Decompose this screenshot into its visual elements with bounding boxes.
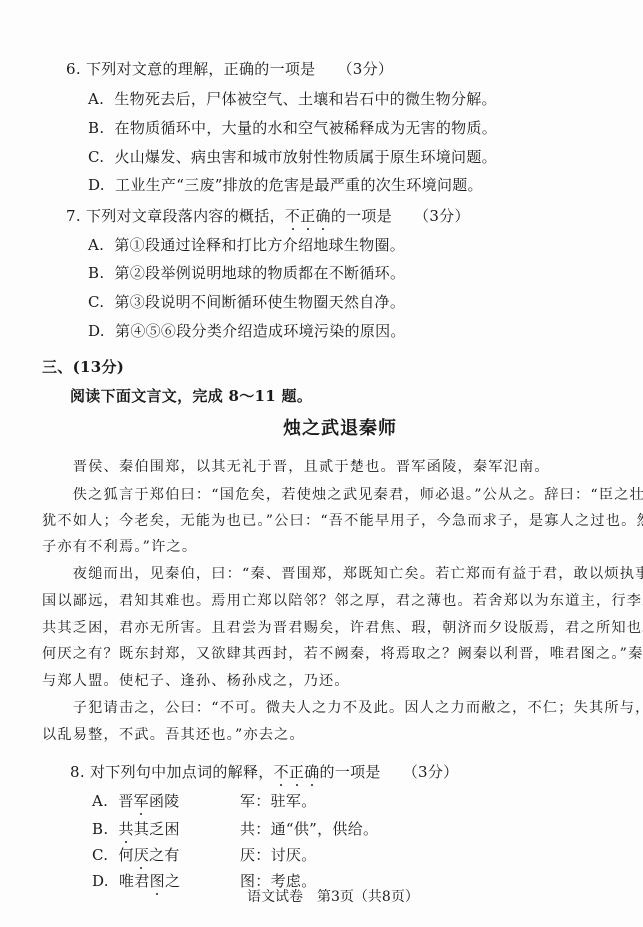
option-label: D. [92,872,109,890]
option-label: C. [92,846,108,864]
question-6-score: （3分） [337,60,393,78]
question-8-option-b: B. 共其乏困 [92,818,180,839]
emphasis-dot-char: 军 [134,790,149,811]
passage-line: 子亦有不利焉。”许之。 [42,536,197,556]
passage-line: 共其乏困，君亦无所害。且君尝为晋君赐矣，许君焦、瑕，朝济而夕设版焉，君之所知也。… [42,617,643,637]
passage-line: 晋侯、秦伯围郑，以其无礼于晋，且贰于楚也。晋军函陵，秦军氾南。 [42,456,550,476]
option-label: D. [88,322,105,340]
question-8-text: 8. 对下列句中加点词的解释， [70,763,274,781]
option-text: 第①段通过诠释和打比方介绍地球生物圈。 [114,236,405,254]
question-7-option-a: A. 第①段通过诠释和打比方介绍地球生物圈。 [88,234,405,255]
question-8-stem: 8. 对下列句中加点词的解释，不正确的一项是（3分） [70,761,458,782]
option-text: 生物死去后，尸体被空气、土壤和岩石中的微生物分解。 [114,90,497,108]
option-text: 第③段说明不间断循环使生物圈天然自净。 [114,293,405,311]
question-8-explain-b: 共：通“供”，供给。 [240,818,378,839]
option-text: 火山爆发、病虫害和城市放射性物质属于原生环境问题。 [114,148,497,166]
question-7-option-d: D. 第④⑤⑥段分类介绍造成环境污染的原因。 [88,320,406,341]
emphasis-dot-char: 图 [150,870,165,891]
option-label: B. [88,264,104,282]
emphasis-dot-char: 确 [316,205,331,226]
passage-line: 以乱易整，不武。吾其还也。”亦去之。 [42,724,305,744]
option-label: A. [88,236,104,254]
emphasis-dot-char: 正 [289,761,304,782]
section-heading: 三、(13分) [42,356,124,377]
question-7-score: （3分） [414,207,470,225]
question-8-explain-c: 厌：讨厌。 [240,844,317,865]
question-6-option-b: B. 在物质循环中，大量的水和空气被稀释成为无害的物质。 [88,117,497,138]
passage-line: 犹不如人；今老矣，无能为也已。”公曰：“吾不能早用子，今急而求子，是寡人之过也。… [42,510,643,530]
passage-line: 国以鄙远，君知其难也。焉用亡郑以陪邻？邻之厚，君之薄也。若舍郑以为东道主，行李之… [42,590,643,610]
question-8-text-end: 的一项是 [320,763,381,781]
question-8-explain-a: 军：驻军。 [240,790,317,811]
option-label: A. [88,90,104,108]
option-label: C. [88,148,104,166]
passage-line: 子犯请击之，公曰：“不可。微夫人之力不及此。因人之力而敝之，不仁；失其所与，不知… [42,697,643,717]
question-6-stem: 6. 下列对文意的理解，正确的一项是（3分） [66,58,393,79]
question-7-text: 7. 下列对文章段落内容的概括， [66,207,285,225]
question-8-option-c: C. 何厌之有 [92,844,180,865]
option-phrase: 函陵 [149,792,180,810]
question-8-option-a: A. 晋军函陵 [92,790,180,811]
question-6-option-d: D. 工业生产“三废”排放的危害是最严重的次生环境问题。 [88,174,483,195]
question-7-option-c: C. 第③段说明不间断循环使生物圈天然自净。 [88,291,405,312]
question-8-option-d: D. 唯君图之 [92,870,180,891]
emphasis-dot-char: 确 [304,761,319,782]
passage-line: 夜缒而出，见秦伯，曰：“秦、晋围郑，郑既知亡矣。若亡郑而有益于君，敢以烦执事。越 [42,563,643,583]
emphasis-dot-char: 厌 [134,844,149,865]
option-text: 第④⑤⑥段分类介绍造成环境污染的原因。 [115,322,406,340]
option-phrase: 之 [165,872,180,890]
option-label: B. [92,820,108,838]
option-phrase: 何 [118,846,133,864]
option-label: D. [88,176,105,194]
emphasis-dot-char: 不 [274,761,289,782]
option-text: 在物质循环中，大量的水和空气被稀释成为无害的物质。 [115,119,498,137]
option-label: B. [88,119,104,137]
emphasis-dot-char: 不 [285,205,300,226]
question-8-score: （3分） [403,763,459,781]
passage-line: 何厌之有？既东封郑，又欲肆其西封，若不阙秦，将焉取之？阙秦以利晋，唯君图之。”秦… [42,643,643,663]
option-phrase: 唯君 [119,872,150,890]
emphasis-dot-char: 正 [300,205,315,226]
question-7-option-b: B. 第②段举例说明地球的物质都在不断循环。 [88,262,405,283]
option-text: 第②段举例说明地球的物质都在不断循环。 [115,264,406,282]
passage-line: 佚之狐言于郑伯曰：“国危矣，若使烛之武见秦君，师必退。”公从之。辞曰：“臣之壮也… [42,484,643,504]
question-6-option-a: A. 生物死去后，尸体被空气、土壤和岩石中的微生物分解。 [88,88,497,109]
passage-title: 烛之武退秦师 [283,414,397,440]
section-instruction: 阅读下面文言文，完成 8～11 题。 [70,385,312,406]
question-7-stem: 7. 下列对文章段落内容的概括，不正确的一项是（3分） [66,205,470,226]
option-label: A. [92,792,108,810]
option-phrase: 之有 [149,846,180,864]
question-7-text-end: 的一项是 [331,207,392,225]
option-label: C. [88,293,104,311]
question-6-text: 6. 下列对文意的理解，正确的一项是 [66,60,315,78]
option-phrase: 晋 [118,792,133,810]
option-text: 工业生产“三废”排放的危害是最严重的次生环境问题。 [115,176,483,194]
passage-line: 与郑人盟。使杞子、逢孙、杨孙戍之，乃还。 [42,670,350,690]
emphasis-dot-char: 共 [119,818,134,839]
option-phrase: 其乏困 [134,820,180,838]
page-footer: 语文试卷 第3页（共8页） [247,886,419,906]
question-6-option-c: C. 火山爆发、病虫害和城市放射性物质属于原生环境问题。 [88,146,497,167]
